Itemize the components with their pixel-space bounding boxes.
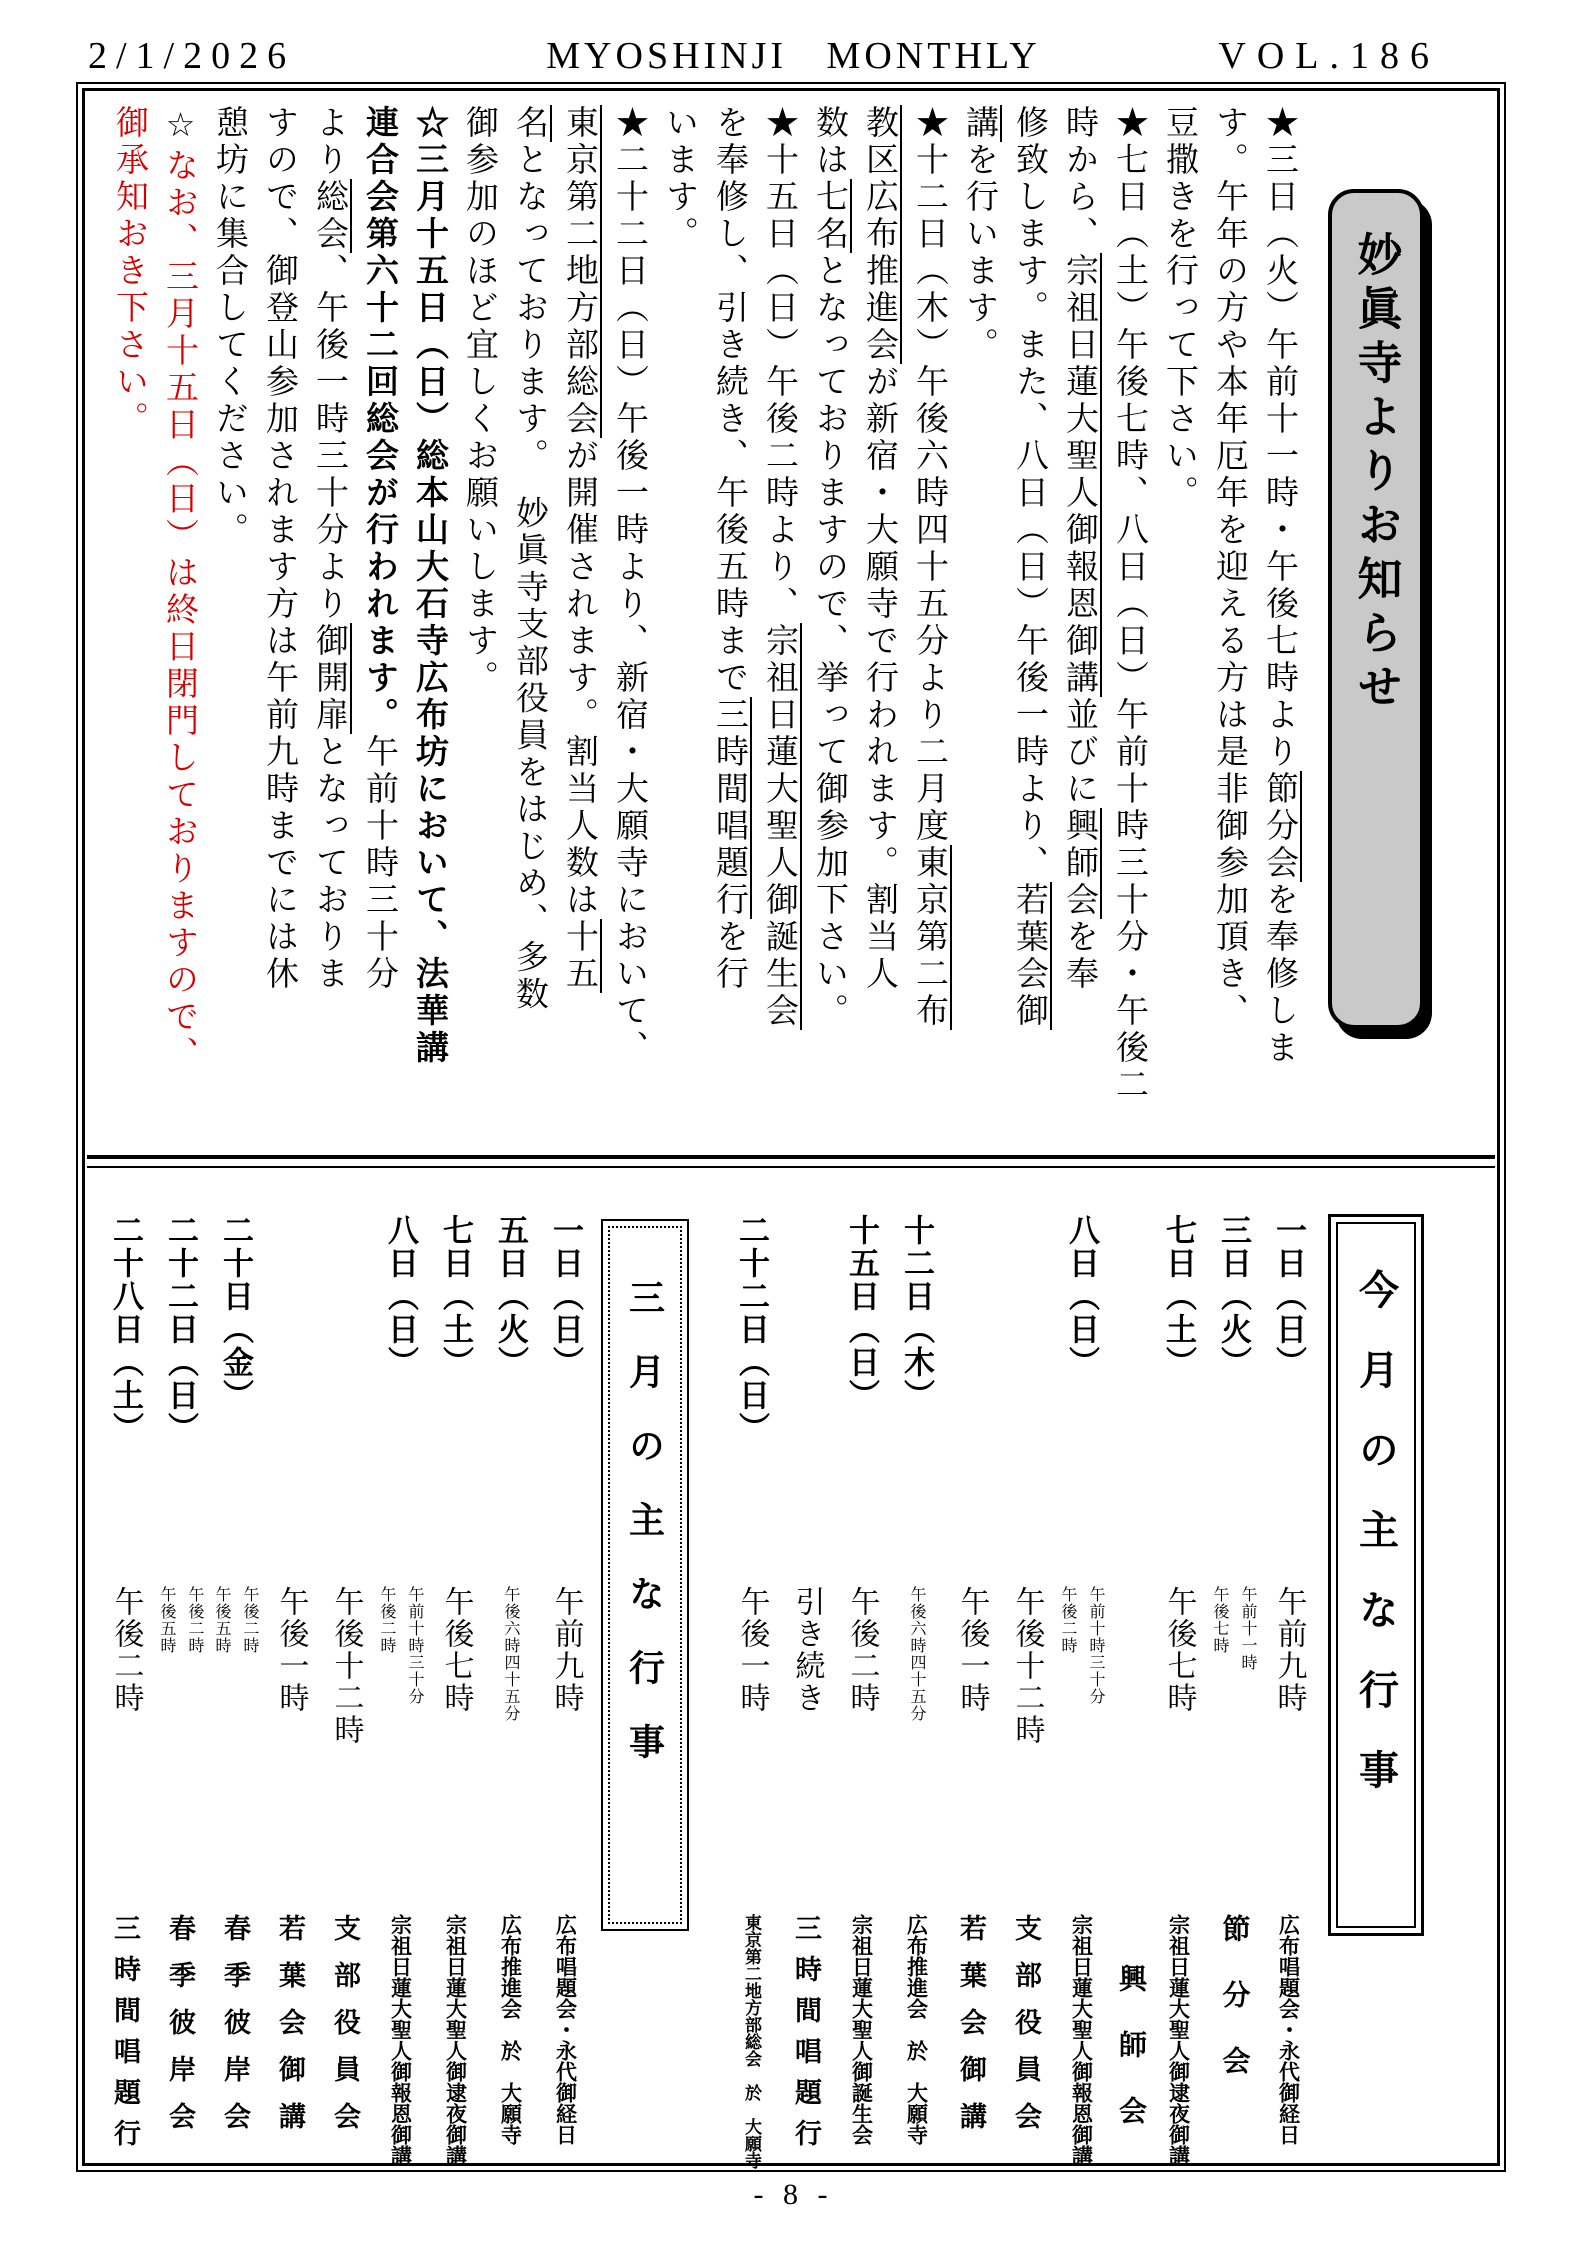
notice-column: ★十二日（木）午後六時四十五分より二月度東京第二布 [901,105,951,1120]
schedule-entry: 午後十二時支部役員会 [999,1214,1054,2164]
text-run: います。 [661,105,697,253]
entry-time: 午後二時 [238,1586,261,1654]
entry-date: 十五日（日） [839,1214,884,1412]
text-run: 数は [811,105,847,179]
entry-event: 宗祖日蓮大聖人御誕生会 [847,1914,877,2145]
volume-number: VOL.186 [1218,34,1440,78]
march-title-box: 三月の主な行事 [601,1219,689,1931]
schedule-title-box: 今月の主な行事 [1328,1214,1424,1936]
entry-date: 二十二日（日） [729,1214,774,1445]
entry-time: 午後一時 [269,1586,313,1714]
entry-date: 七日（土） [433,1214,478,1379]
newsletter-page: { "colors": { "red": "#d60000", "box_gra… [0,0,1587,2245]
text-run: 憩坊に集合してください。 [211,105,247,549]
notice-column: ★二十二日（日）午後一時より、新宿・大願寺において、 [601,105,651,1120]
text-run: ★七日（土）午後七時、八日（日）午前十時三十分・午後二 [1111,105,1147,1104]
text-run: を奉修し、引き続き、午後五時まで [711,105,747,697]
entry-times: 午後二時午後五時 [153,1586,208,1654]
entry-time: 午後十二時 [1005,1586,1049,1746]
entry-date: 七日（土） [1156,1214,1201,1379]
text-run: を行 [711,919,747,993]
text-run: 東京第二布 [911,845,952,1030]
notice-column: ☆三月十五日（日）総本山大石寺広布坊において、法華講 [401,105,451,1120]
entry-date: 十二日（木） [894,1214,939,1412]
entry-time: 午前十時三十分 [1084,1586,1107,1705]
notice-column: ★十五日（日）午後二時より、宗祖日蓮大聖人御誕生会 [751,105,801,1120]
text-run: 七名 [811,179,852,253]
text-run: 東京第二地方部総会 [561,105,602,438]
schedule-entry: 午後一時若葉会御講 [263,1214,318,2164]
entry-event: 若葉会御講 [271,1914,310,2149]
text-run: すので、御登山参加されます方は午前九時までには休 [261,105,297,993]
entry-event: 宗祖日蓮大聖人御報恩御講 [1067,1914,1097,2166]
text-run: ★十二日（木）午後六時四十五分より二月度 [911,105,947,845]
page-content: 妙眞寺よりお知らせ ★三日（火）午前十一時・午後七時より節分会を奉修します。午年… [91,97,1491,2161]
schedule-entry: 興師会 [1109,1214,1151,2164]
schedule-entry: 七日（土）午後七時宗祖日蓮大聖人御逮夜御講 [428,1214,483,2164]
text-run: 興師会 [1061,808,1102,919]
schedule-entry: 三日（火）午前十一時午後七時節分会 [1206,1214,1261,2164]
text-run: が開催されます。割当人数は [561,438,597,919]
entry-times: 午後六時四十五分 [483,1586,538,1722]
entry-time: 午後二時 [375,1586,398,1705]
text-run: 宗祖日蓮大聖人御誕生会 [761,623,802,1030]
notice-column: 御参加のほど宜しくお願いします。 [451,105,501,1120]
schedule-entry: 一日（日）午前九時広布唱題会・永代御経日 [538,1214,593,2164]
march-title: 三月の主な行事 [620,1279,671,1797]
entry-event: 三時間唱題行 [787,1914,826,2160]
entry-time: 午後一時 [950,1586,994,1714]
page-frame: 妙眞寺よりお知らせ ★三日（火）午前十一時・午後七時より節分会を奉修します。午年… [76,82,1506,2172]
text-run: ★三日（火）午前十一時・午後七時より [1261,105,1297,771]
text-run: 御開扉 [311,623,352,734]
entry-event: 若葉会御講 [952,1914,991,2149]
entry-time: 午後一時 [730,1586,774,1714]
notice-column: 名となっております。 妙眞寺支部役員をはじめ、多数 [501,105,551,1120]
text-run: 名 [511,105,552,142]
text-run: 、午後一時三十分より [311,253,347,623]
notice-title: 妙眞寺よりお知らせ [1344,231,1409,717]
entry-time: 午後二時 [183,1586,206,1654]
text-run: を行います。 [961,142,997,364]
entry-times: 午前十時三十分午後二時 [1054,1586,1109,1705]
notice-column: 数は七名となっておりますので、挙って御参加下さい。 [801,105,851,1120]
text-run: 教区広布推進会 [861,105,902,364]
entry-time: 午後七時 [434,1586,478,1714]
february-entries: 一日（日）午前九時広布唱題会・永代御経日三日（火）午前十一時午後七時節分会七日（… [724,1214,1316,2164]
schedule-entry: 二十二日（日）午後一時東京第二地方部総会 於 大願寺 [724,1214,779,2164]
text-run: 豆撒きを行って下さい。 [1161,105,1197,512]
text-run: 節分会 [1261,771,1302,882]
entry-time: 午前九時 [1267,1586,1311,1714]
entry-times: 午前十時三十分午後二時 [373,1586,428,1705]
entry-time: 午後二時 [840,1586,884,1714]
schedule-entry: 二十日（金）午後二時午後五時春季彼岸会 [208,1214,263,2164]
entry-times: 午後二時午後五時 [208,1586,263,1654]
text-run: ★二十二日（日）午後一時より、新宿・大願寺において、 [611,105,647,1067]
text-run: ☆三月十五日（日）総本山大石寺広布坊において、法華講 [411,105,447,1067]
notice-column: す。午年の方や本年厄年を迎える方は是非御参加頂き、 [1201,105,1251,1120]
entry-date: 八日（日） [378,1214,423,1379]
page-frame-inner: 妙眞寺よりお知らせ ★三日（火）午前十一時・午後七時より節分会を奉修します。午年… [82,88,1500,2166]
schedule-entry: 八日（日）午前十時三十分午後二時宗祖日蓮大聖人御報恩御講 [373,1214,428,2164]
text-run: 並びに [1061,697,1097,808]
entry-times: 午後六時四十五分 [889,1586,944,1722]
schedule-entry: 五日（火）午後六時四十五分広布推進会 於 大願寺 [483,1214,538,2164]
schedule-entry: 引き続き三時間唱題行 [779,1214,834,2164]
text-run: 宗祖日蓮大聖人御報恩御講 [1061,253,1102,697]
entry-date: 二十八日（土） [103,1214,148,1445]
text-run: ★十五日（日）午後二時より、 [761,105,797,623]
text-run: 若葉会御 [1011,882,1052,1030]
text-run: 三時間唱題行 [711,697,752,919]
entry-time: 午後六時四十五分 [499,1586,522,1722]
entry-event: 広布唱題会・永代御経日 [1274,1914,1304,2145]
entry-event: 広布推進会 於 大願寺 [496,1914,526,2145]
entry-event: 東京第二地方部総会 於 大願寺 [739,1914,764,2169]
notice-column: すので、御登山参加されます方は午前九時までには休 [251,105,301,1120]
entry-event: 春季彼岸会 [216,1914,255,2149]
text-run: す。午年の方や本年厄年を迎える方は是非御参加頂き、 [1211,105,1247,1030]
entry-event: 三時間唱題行 [106,1914,145,2160]
entry-time: 午後十二時 [324,1586,368,1746]
notice-column: 東京第二地方部総会が開催されます。割当人数は十五 [551,105,601,1120]
entry-time: 午後五時 [155,1586,178,1654]
notice-column: ☆なお、三月十五日（日）は終日閉門しておりますので、 [151,105,201,1120]
text-run: より [311,105,347,179]
entry-event: 広布推進会 於 大願寺 [902,1914,932,2145]
entry-time: 午後六時四十五分 [905,1586,928,1722]
entry-event: 興師会 [1110,1964,1150,2162]
schedule-entry: 十五日（日）午後二時宗祖日蓮大聖人御誕生会 [834,1214,889,2164]
entry-date: 一日（日） [1266,1214,1311,1379]
schedule-entry: 二十八日（土）午後二時三時間唱題行 [98,1214,153,2164]
schedule-entry: 一日（日）午前九時広布唱題会・永代御経日 [1261,1214,1316,2164]
text-run: となっておりま [311,734,347,993]
text-run: を奉修しま [1261,882,1297,1067]
entry-event: 春季彼岸会 [161,1914,200,2149]
page-header: 2/1/2026 MYOSHINJI MONTHLY VOL.186 [0,34,1587,80]
entry-event: 節分会 [1214,1914,1254,2112]
text-run: 連合会第六十二回総会が行われます。 [361,105,397,734]
text-run: 御参加のほど宜しくお願いします。 [461,105,497,697]
text-run: 修致します。また、八日（日）午後一時より、 [1011,105,1047,882]
march-entries: 一日（日）午前九時広布唱題会・永代御経日五日（火）午後六時四十五分広布推進会 於… [98,1214,593,2164]
text-run: を奉 [1061,919,1097,993]
entry-time: 午後七時 [1208,1586,1231,1671]
entry-time: 午後二時 [1056,1586,1079,1705]
text-run: となっております。 妙眞寺支部役員をはじめ、多数 [511,142,547,1014]
entry-time: 午前十時三十分 [403,1586,426,1705]
entry-times: 午前十一時午後七時 [1206,1586,1261,1671]
notice-column: 教区広布推進会が新宿・大願寺で行われます。割当人 [851,105,901,1120]
text-run: 午前十時三十分 [361,734,397,993]
section-divider [87,1155,1495,1168]
entry-time: 午後七時 [1157,1586,1201,1714]
notice-column: 講を行います。 [951,105,1001,1120]
schedule-entry: 十二日（木）午後六時四十五分広布推進会 於 大願寺 [889,1214,944,2164]
schedule-entry: 八日（日）午前十時三十分午後二時宗祖日蓮大聖人御報恩御講 [1054,1214,1109,2164]
entry-event: 宗祖日蓮大聖人御逮夜御講 [441,1914,471,2166]
entry-event: 宗祖日蓮大聖人御報恩御講 [386,1914,416,2166]
entry-event: 支部役員会 [1007,1914,1046,2149]
entry-time: 午前九時 [544,1586,588,1714]
text-run: 御承知おき下さい。 [111,105,147,438]
text-run: 講 [961,105,1002,142]
entry-date: 二十二日（日） [158,1214,203,1445]
notice-title-box: 妙眞寺よりお知らせ [1328,189,1424,1029]
entry-date: 三日（火） [1211,1214,1256,1379]
text-run: 時から、 [1061,105,1097,253]
notice-column: ★七日（土）午後七時、八日（日）午前十時三十分・午後二 [1101,105,1151,1120]
notice-column: 連合会第六十二回総会が行われます。午前十時三十分 [351,105,401,1120]
notice-column: を奉修し、引き続き、午後五時まで三時間唱題行を行 [701,105,751,1120]
schedule-section: 今月の主な行事 一日（日）午前九時広布唱題会・永代御経日三日（火）午前十一時午後… [91,1172,1491,2161]
entry-date: 二十日（金） [213,1214,258,1412]
text-run: 十五 [561,919,602,993]
text-run: となっておりますので、挙って御参加下さい。 [811,253,847,1030]
entry-time: 引き続き [785,1586,829,1714]
text-run: 総会 [311,179,352,253]
entry-date: 八日（日） [1059,1214,1104,1379]
notice-column: 修致します。また、八日（日）午後一時より、若葉会御 [1001,105,1051,1120]
entry-date: 一日（日） [543,1214,588,1379]
entry-time: 午前十一時 [1236,1586,1259,1671]
notice-column: います。 [651,105,701,1120]
schedule-entry: 午後一時若葉会御講 [944,1214,999,2164]
notice-section: 妙眞寺よりお知らせ ★三日（火）午前十一時・午後七時より節分会を奉修します。午年… [91,97,1491,1155]
schedule-entry: 午後十二時支部役員会 [318,1214,373,2164]
entry-event: 宗祖日蓮大聖人御逮夜御講 [1164,1914,1194,2166]
schedule-title: 今月の主な行事 [1348,1269,1405,1829]
entry-event: 広布唱題会・永代御経日 [551,1914,581,2145]
text-run: なお、三月十五日（日）は終日閉門しておりますので、 [161,148,197,1073]
entry-time: 午後二時 [104,1586,148,1714]
page-number: - 8 - [0,2178,1587,2212]
entry-time: 午後五時 [210,1586,233,1654]
text-run: が新宿・大願寺で行われます。割当人 [861,364,897,993]
notice-column: 豆撒きを行って下さい。 [1151,105,1201,1120]
notice-column: 御承知おき下さい。 [101,105,151,1120]
notice-column: より総会、午後一時三十分より御開扉となっておりま [301,105,351,1120]
notice-column: 憩坊に集合してください。 [201,105,251,1120]
notice-column: 時から、宗祖日蓮大聖人御報恩御講並びに興師会を奉 [1051,105,1101,1120]
text-run: ☆ [161,105,197,148]
notice-column: ★三日（火）午前十一時・午後七時より節分会を奉修しま [1251,105,1301,1120]
schedule-entry: 二十二日（日）午後二時午後五時春季彼岸会 [153,1214,208,2164]
entry-date: 五日（火） [488,1214,533,1379]
entry-event: 支部役員会 [326,1914,365,2149]
schedule-entry: 七日（土）午後七時宗祖日蓮大聖人御逮夜御講 [1151,1214,1206,2164]
